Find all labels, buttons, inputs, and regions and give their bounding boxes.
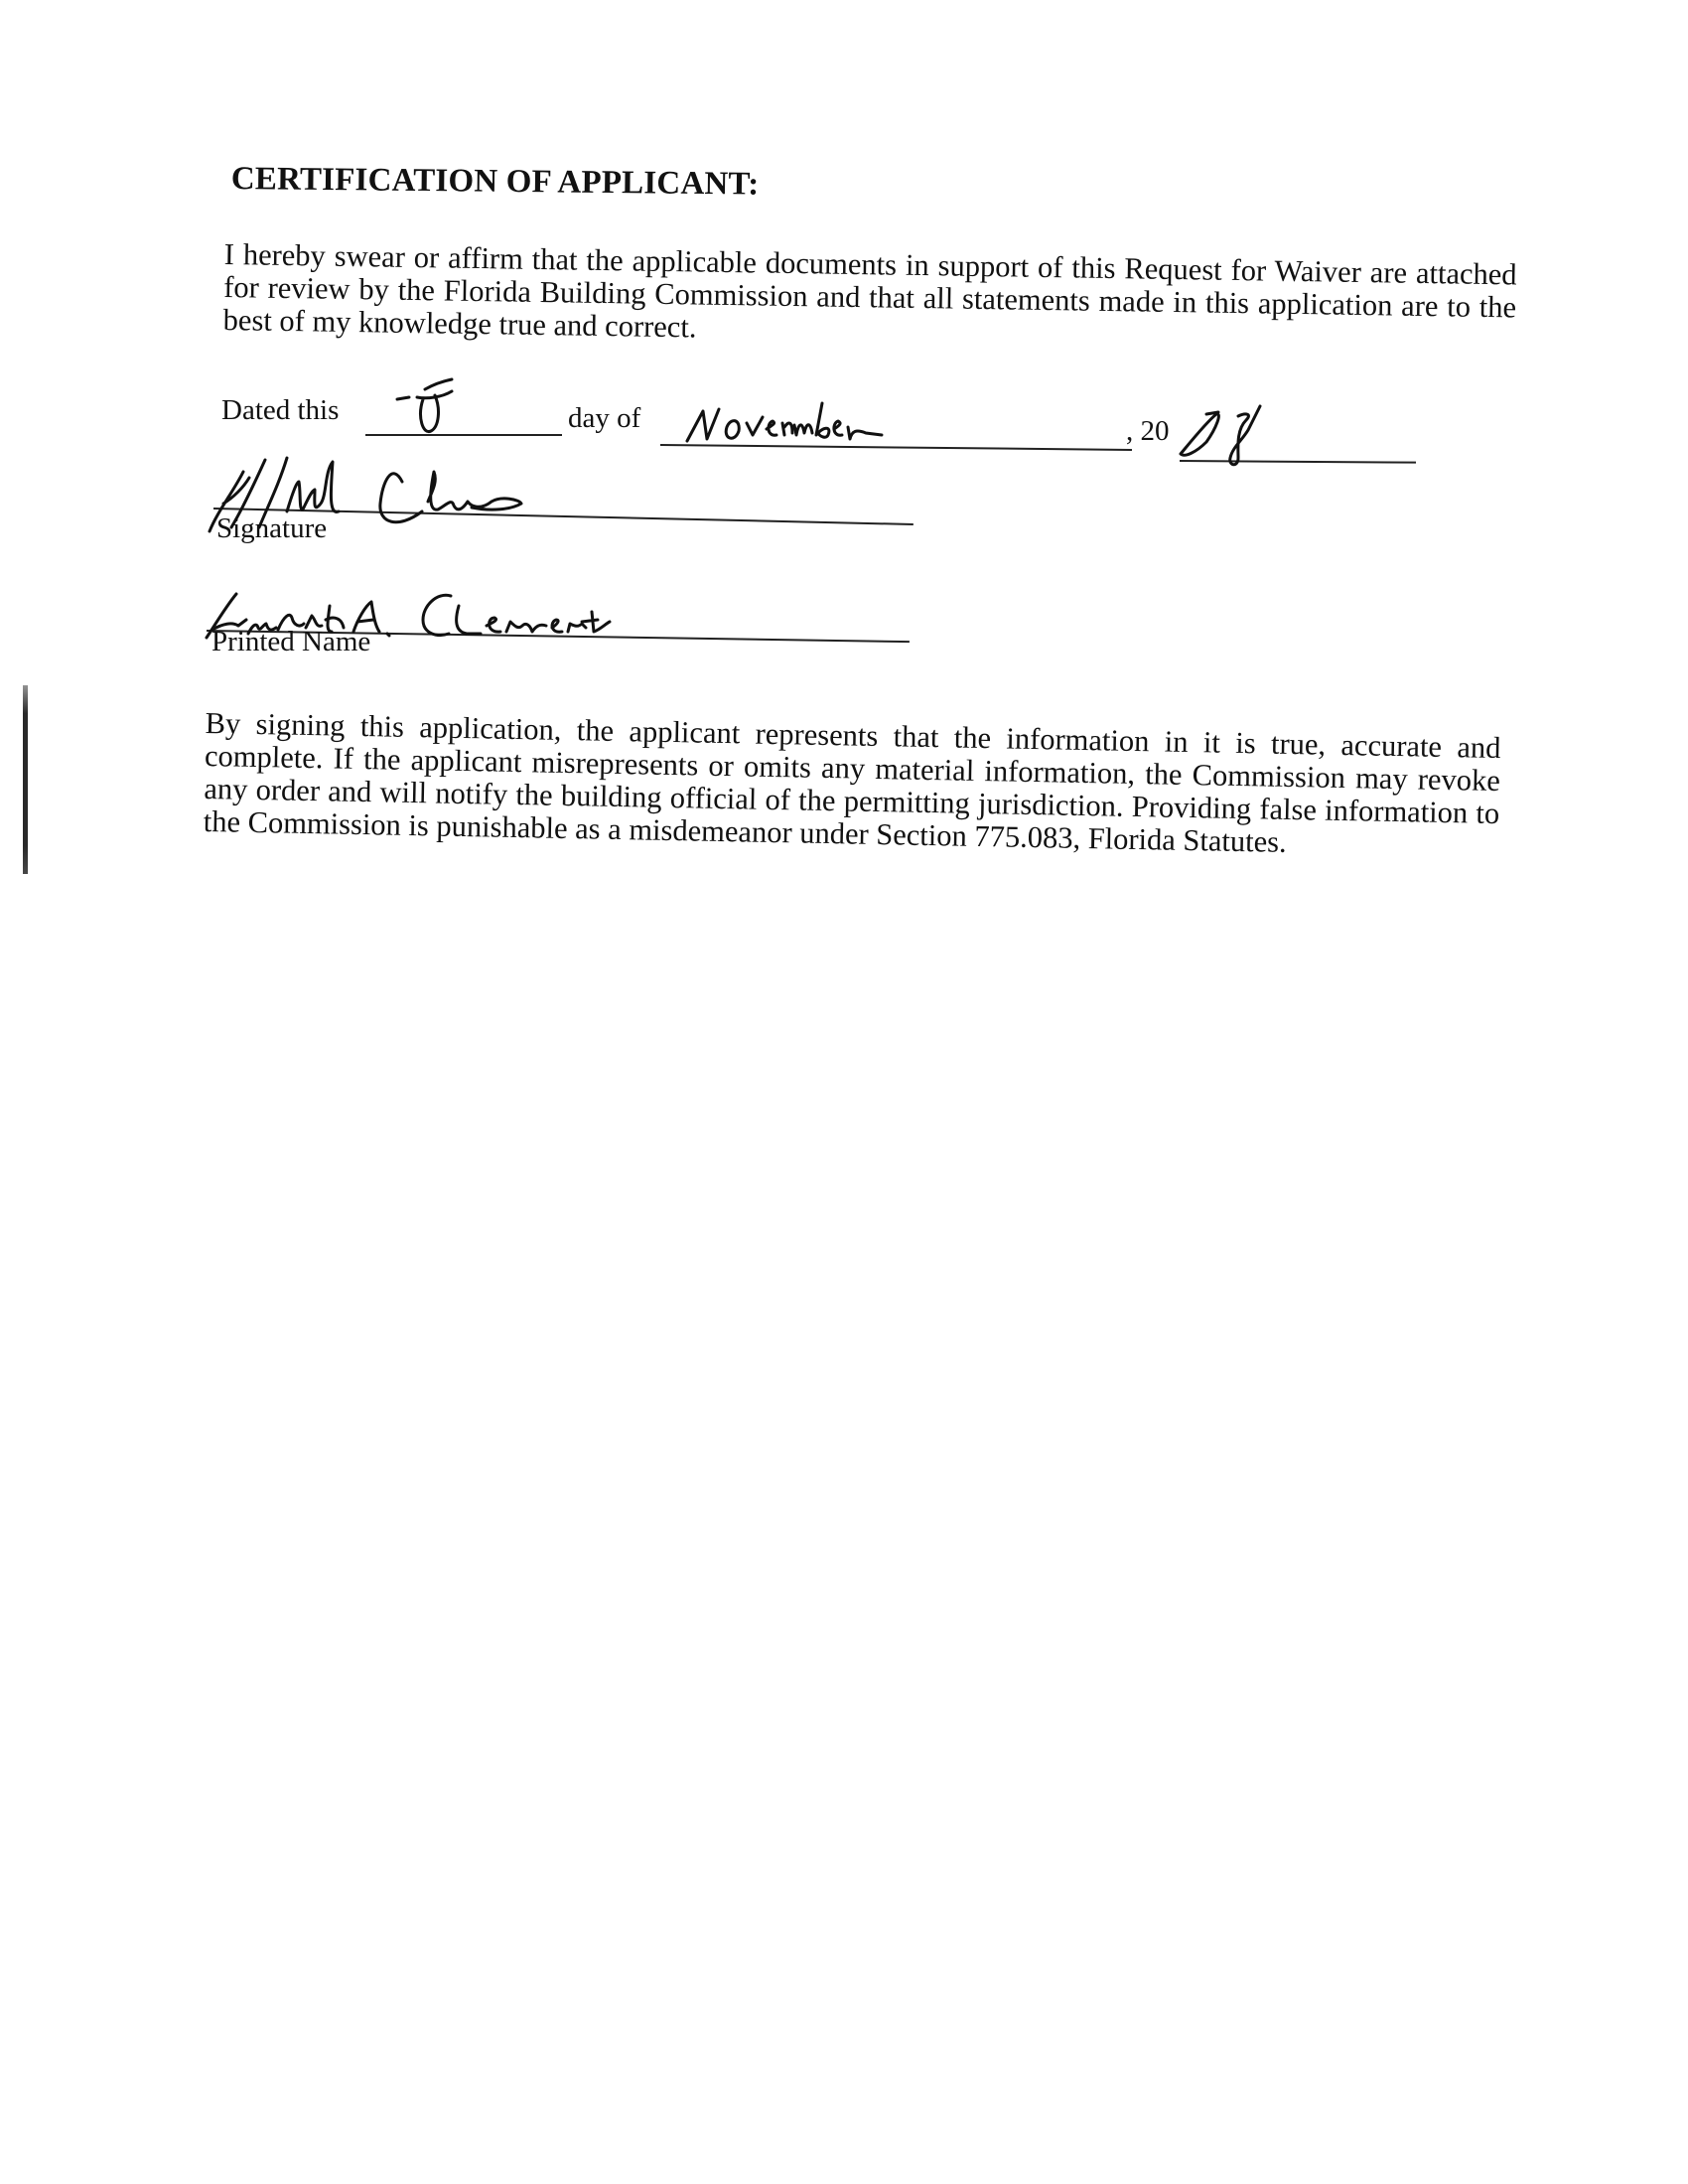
signature-label: Signature xyxy=(216,512,327,545)
dated-this-label: Dated this xyxy=(221,394,339,427)
day-handwriting[interactable]: 5 xyxy=(387,377,496,447)
disclaimer-paragraph: By signing this application, the applica… xyxy=(203,707,1500,863)
year-prefix-label: , 20 xyxy=(1126,415,1170,448)
section-heading: CERTIFICATION OF APPLICANT: xyxy=(231,161,760,204)
svg-text:5: 5 xyxy=(397,400,416,435)
day-of-label: day of xyxy=(568,402,640,435)
printed-name-label: Printed Name xyxy=(211,626,370,658)
document-page: CERTIFICATION OF APPLICANT: I hereby swe… xyxy=(0,0,1688,2184)
scan-edge-mark xyxy=(23,685,28,874)
svg-text:November: November xyxy=(693,410,850,445)
certification-paragraph: I hereby swear or affirm that the applic… xyxy=(222,238,1516,357)
svg-text:08: 08 xyxy=(1187,425,1224,460)
year-handwriting[interactable]: 08 xyxy=(1177,402,1286,482)
